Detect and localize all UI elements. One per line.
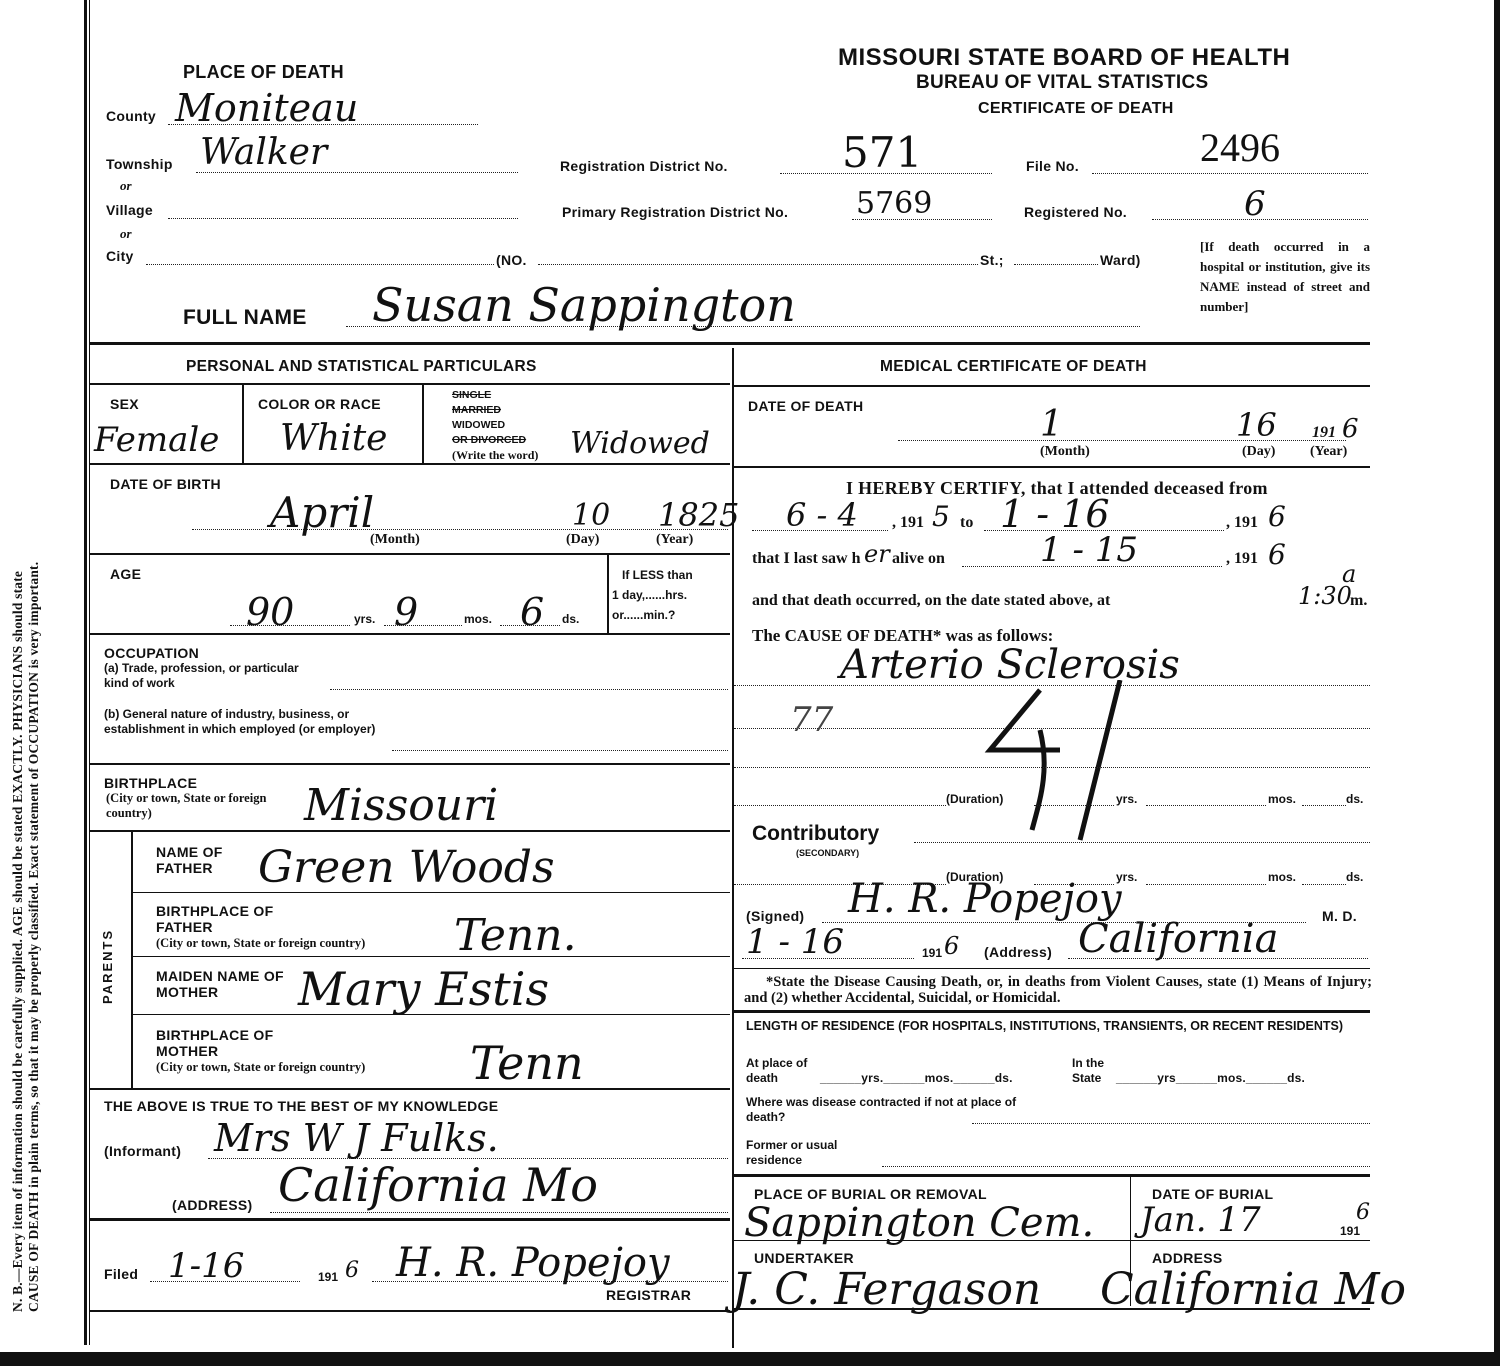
signed-year[interactable]: 6 [944, 932, 959, 960]
file-no-label: File No. [1026, 158, 1079, 174]
residence-title: LENGTH OF RESIDENCE (FOR HOSPITALS, INST… [746, 1018, 1372, 1034]
dob-month[interactable]: April [270, 488, 374, 537]
race-label: COLOR OR RACE [258, 396, 381, 412]
rule [242, 385, 244, 463]
registration-district-label: Registration District No. [560, 158, 728, 174]
sex-value[interactable]: Female [94, 420, 219, 460]
dob-month-caption: (Month) [370, 532, 420, 548]
left-border [84, 0, 87, 1345]
city-line[interactable] [146, 264, 494, 265]
burial-year[interactable]: 6 [1356, 1200, 1370, 1225]
left-border-inner [89, 0, 90, 1345]
rule [734, 466, 1370, 468]
registered-no-label: Registered No. [1024, 204, 1127, 220]
occupation-a-label: (a) Trade, profession, or particular kin… [104, 661, 324, 691]
rule [133, 892, 730, 893]
informant-value[interactable]: Mrs W J Fulks. [214, 1116, 499, 1160]
age-label: AGE [110, 566, 141, 582]
mother-birthplace-value[interactable]: Tenn [470, 1036, 584, 1090]
dod-day-caption: (Day) [1242, 444, 1275, 460]
st-label: St.; [980, 252, 1004, 268]
township-label: Township [106, 156, 173, 172]
cause-footnote: *State the Disease Causing Death, or, in… [744, 974, 1372, 1006]
duration-mos: mos. [1268, 792, 1296, 807]
less-than-day: If LESS than 1 day,......hrs. or......mi… [612, 565, 693, 625]
village-line[interactable] [168, 218, 518, 219]
last-saw-date[interactable]: 1 - 15 [1040, 530, 1138, 570]
file-no-value[interactable]: 2496 [1200, 124, 1280, 171]
birthplace-value[interactable]: Missouri [304, 780, 498, 831]
side-note-line1: N. B.—Every item of information should b… [10, 571, 26, 1312]
rule [734, 968, 1370, 969]
full-name-label: FULL NAME [183, 306, 307, 330]
dod-line [898, 440, 1346, 441]
township-value[interactable]: Walker [200, 132, 327, 173]
rule [734, 1174, 1370, 1177]
informant-label: (Informant) [104, 1143, 181, 1159]
rule [422, 385, 424, 463]
registrar-signature[interactable]: H. R. Popejoy [396, 1240, 670, 1286]
street-line[interactable] [538, 264, 978, 265]
occupation-b-line[interactable] [392, 750, 728, 751]
rule [131, 832, 133, 1088]
occupation-a-line[interactable] [330, 689, 728, 690]
attended-from[interactable]: 6 - 4 [786, 496, 858, 534]
place-of-death-title: PLACE OF DEATH [183, 62, 344, 83]
rule [607, 555, 609, 633]
rule [90, 633, 730, 635]
certificate-title: CERTIFICATE OF DEATH [978, 100, 1174, 118]
dod-year-caption: (Year) [1310, 444, 1347, 460]
attended-to-year[interactable]: 6 [1268, 500, 1286, 533]
registrar-label: REGISTRAR [606, 1287, 691, 1303]
full-name-value[interactable]: Susan Sappington [372, 278, 796, 332]
hospital-note: [If death occurred in a hospital or inst… [1200, 237, 1370, 317]
mother-birthplace-title: BIRTHPLACE OF MOTHER [156, 1027, 276, 1059]
rule [90, 1218, 730, 1221]
contracted-line[interactable] [972, 1123, 1370, 1124]
side-note-line2: CAUSE OF DEATH in plain terms, so that i… [26, 562, 42, 1312]
rule [734, 1240, 1370, 1241]
father-label: NAME OF FATHER [156, 844, 256, 876]
duration-line [734, 805, 946, 806]
primary-district-label: Primary Registration District No. [562, 204, 788, 220]
last-saw-year-prefix: , 191 [1226, 550, 1258, 568]
signed-year-prefix: 191 [922, 946, 942, 961]
village-label: Village [106, 202, 153, 218]
contributory-mos: mos. [1268, 870, 1296, 885]
burial-year-prefix: 191 [1340, 1224, 1360, 1239]
to-label: to [960, 514, 973, 532]
md-label: M. D. [1322, 908, 1357, 924]
in-state-fields[interactable]: ______yrs______mos.______ds. [1116, 1071, 1305, 1086]
registration-district-value[interactable]: 571 [842, 128, 922, 177]
right-edge [1494, 0, 1500, 1366]
duration-label: (Duration) [946, 792, 1003, 807]
last-saw-text: that I last saw h [752, 550, 860, 568]
occupation-title: OCCUPATION [104, 645, 199, 661]
dod-year[interactable]: 6 [1342, 414, 1359, 444]
dob-label: DATE OF BIRTH [110, 476, 221, 492]
file-no-line [1092, 173, 1368, 174]
dod-year-prefix: 191 [1312, 424, 1336, 442]
duration-yrs: yrs. [1116, 792, 1137, 807]
less-than-line2: 1 day,......hrs. [612, 585, 693, 605]
registered-no-value[interactable]: 6 [1244, 184, 1266, 224]
age-mos-label: mos. [464, 612, 492, 627]
rule [90, 763, 730, 765]
no-label: (NO. [496, 252, 527, 268]
filed-date[interactable]: 1-16 [168, 1246, 244, 1286]
race-value[interactable]: White [280, 418, 387, 459]
marital-value[interactable]: Widowed [570, 426, 710, 461]
rule [133, 956, 730, 957]
age-yrs-label: yrs. [354, 612, 375, 627]
physician-address-value[interactable]: California [1078, 916, 1278, 962]
attended-from-year[interactable]: 5 [932, 500, 950, 533]
personal-section-title: PERSONAL AND STATISTICAL PARTICULARS [186, 358, 537, 376]
informant-address-value[interactable]: California Mo [278, 1158, 598, 1212]
dod-month[interactable]: 1 [1040, 404, 1063, 445]
cause-code-mark [980, 680, 1140, 860]
occurred-text: and that death occurred, on the date sta… [752, 592, 1110, 610]
contributory-label: Contributory [752, 822, 879, 846]
mother-label: MAIDEN NAME OF MOTHER [156, 968, 296, 1000]
rule [90, 463, 730, 465]
dob-day[interactable]: 10 [572, 498, 610, 533]
mother-birthplace-hint: (City or town, State or foreign country) [156, 1060, 365, 1075]
father-birthplace-hint: (City or town, State or foreign country) [156, 936, 365, 951]
rule [734, 1010, 1370, 1013]
at-place-fields[interactable]: ______yrs.______mos.______ds. [820, 1071, 1013, 1086]
duration-months-line [1146, 805, 1266, 806]
county-label: County [106, 108, 156, 124]
informant-address-line [270, 1212, 728, 1213]
bureau-title: BUREAU OF VITAL STATISTICS [916, 72, 1208, 94]
mother-birthplace-label: BIRTHPLACE OF MOTHER [156, 1027, 276, 1059]
duration-ds: ds. [1346, 792, 1363, 807]
father-birthplace-title: BIRTHPLACE OF FATHER [156, 903, 276, 935]
at-place-label: At place of death [746, 1056, 826, 1086]
marital-options: SINGLE MARRIED WIDOWED OR DIVORCED [452, 388, 526, 448]
dob-year[interactable]: 1825 [658, 496, 739, 534]
physician-address-label: (Address) [984, 944, 1052, 960]
marital-divorced: OR DIVORCED [452, 433, 526, 448]
cause-line-3 [734, 767, 1370, 768]
rule [734, 1308, 1370, 1310]
m-suffix: m. [1350, 592, 1367, 610]
side-instructions: N. B.—Every item of information should b… [0, 0, 60, 1366]
father-value[interactable]: Green Woods [258, 842, 555, 893]
dod-label: DATE OF DEATH [748, 398, 863, 414]
city-label: City [106, 248, 134, 264]
rule [1302, 884, 1346, 885]
less-than-line3: or......min.? [612, 605, 693, 625]
marital-married: MARRIED [452, 403, 526, 418]
ward-line[interactable] [1014, 264, 1098, 265]
rule [90, 383, 730, 385]
contributory-ds: ds. [1346, 870, 1363, 885]
less-than-line1: If LESS than [612, 565, 693, 585]
rule [133, 1014, 730, 1015]
attended-to-year-prefix: , 191 [1226, 514, 1258, 532]
informant-address-label: (ADDRESS) [172, 1197, 252, 1213]
age-months[interactable]: 9 [394, 590, 418, 634]
birthplace-hint: (City or town, State or foreign country) [106, 791, 281, 821]
county-value[interactable]: Moniteau [175, 86, 358, 130]
contracted-label: Where was disease contracted if not at p… [746, 1095, 1026, 1125]
filed-year[interactable]: 6 [345, 1258, 359, 1283]
filed-label: Filed [104, 1266, 138, 1282]
bottom-edge [0, 1352, 1500, 1366]
last-saw-pronoun[interactable]: er [864, 540, 890, 568]
or-label-2: or [120, 226, 132, 242]
dod-day[interactable]: 16 [1236, 406, 1277, 444]
burial-date-value[interactable]: Jan. 17 [1140, 1200, 1261, 1240]
age-years[interactable]: 90 [246, 590, 294, 634]
secondary-label: (SECONDARY) [796, 846, 859, 861]
signed-date[interactable]: 1 - 16 [746, 922, 844, 962]
dod-month-caption: (Month) [1040, 444, 1090, 460]
sex-label: SEX [110, 396, 139, 412]
time-ampm[interactable]: a [1342, 560, 1356, 588]
filed-year-prefix: 191 [318, 1270, 338, 1285]
dob-year-caption: (Year) [656, 532, 693, 548]
rule [1146, 884, 1266, 885]
last-saw-year[interactable]: 6 [1268, 538, 1286, 571]
contributory-line[interactable] [914, 842, 1370, 843]
age-days[interactable]: 6 [520, 590, 544, 634]
duration-years-line [1034, 805, 1114, 806]
father-birthplace-value[interactable]: Tenn. [454, 910, 577, 961]
duration-days-line [1302, 805, 1346, 806]
father-birthplace-label: BIRTHPLACE OF FATHER [156, 903, 276, 935]
ward-label: Ward) [1100, 252, 1141, 268]
dob-day-caption: (Day) [566, 532, 599, 548]
medical-section-title: MEDICAL CERTIFICATE OF DEATH [880, 358, 1147, 376]
rule [90, 1088, 730, 1090]
birthplace-label: BIRTHPLACE [104, 775, 197, 791]
marital-hint: (Write the word) [452, 448, 538, 463]
alive-on: alive on [892, 550, 945, 568]
rule [90, 553, 730, 555]
marital-single: SINGLE [452, 388, 526, 403]
knowledge-statement: THE ABOVE IS TRUE TO THE BEST OF MY KNOW… [104, 1098, 498, 1114]
or-label-1: or [120, 178, 132, 194]
board-title: MISSOURI STATE BOARD OF HEALTH [838, 44, 1290, 72]
former-residence-label: Former or usual residence [746, 1138, 896, 1168]
marital-widowed: WIDOWED [452, 418, 526, 433]
mother-value[interactable]: Mary Estis [298, 962, 549, 1016]
primary-district-value[interactable]: 5769 [856, 186, 932, 221]
attended-from-year-prefix: , 191 [892, 514, 924, 532]
occupation-b-label: (b) General nature of industry, business… [104, 707, 384, 737]
rule [90, 830, 730, 832]
parents-label: PARENTS [100, 929, 115, 1004]
rule [90, 1310, 730, 1312]
age-ds-label: ds. [562, 612, 579, 627]
section-divider [90, 342, 1370, 345]
former-residence-line[interactable] [882, 1166, 1370, 1167]
rule [734, 385, 1370, 387]
cause-code: 77 [790, 700, 833, 740]
